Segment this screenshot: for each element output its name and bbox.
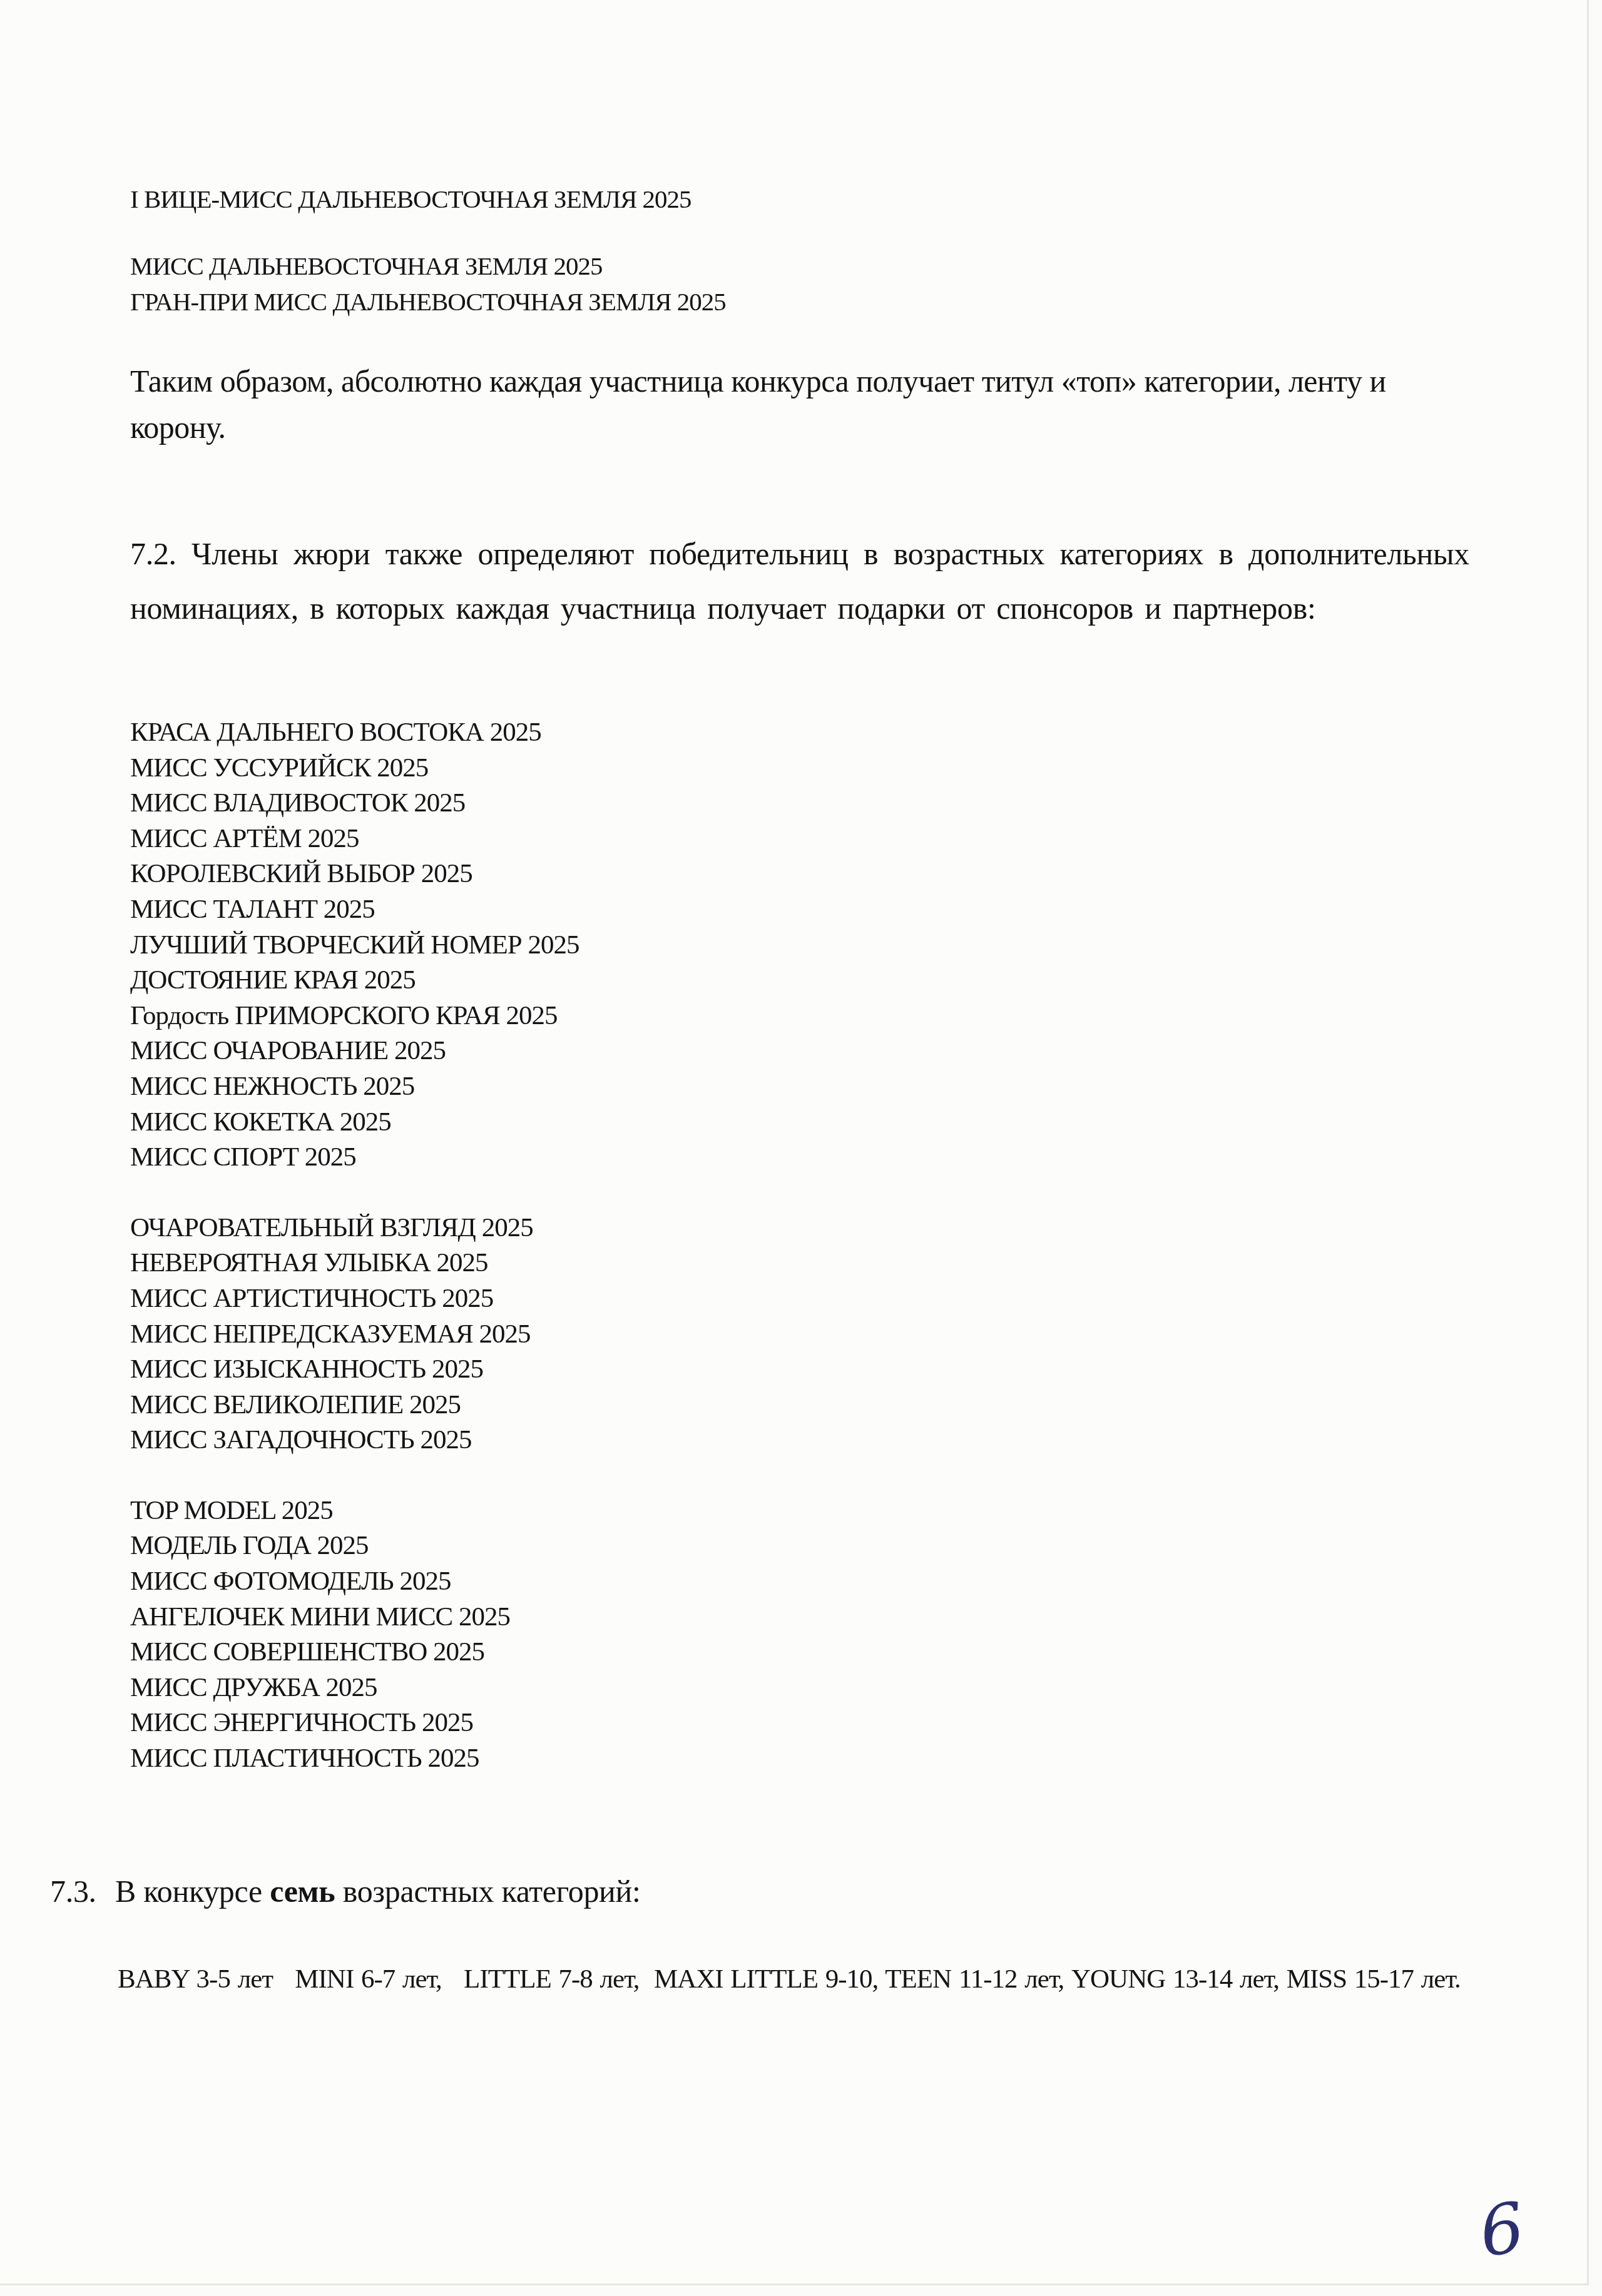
nomination-item: МИСС ЭНЕРГИЧНОСТЬ 2025 [130,1705,579,1741]
nomination-item: АНГЕЛОЧЕК МИНИ МИСС 2025 [130,1600,579,1635]
nomination-item: МИСС ВЕЛИКОЛЕПИЕ 2025 [130,1388,579,1423]
nominations-group-3: TOP MODEL 2025МОДЕЛЬ ГОДА 2025МИСС ФОТОМ… [130,1493,579,1777]
nomination-item: МИСС ВЛАДИВОСТОК 2025 [130,786,579,821]
handwritten-page-number: 6 [1474,2187,1529,2272]
nomination-item: КРАСА ДАЛЬНЕГО ВОСТОКА 2025 [130,715,579,751]
nomination-item: ЛУЧШИЙ ТВОРЧЕСКИЙ НОМЕР 2025 [130,928,579,963]
nomination-item: МИСС ЗАГАДОЧНОСТЬ 2025 [130,1423,579,1458]
nomination-item: Гордость ПРИМОРСКОГО КРАЯ 2025 [130,998,579,1034]
section-number: 7.3. [50,1874,96,1909]
nomination-item: МИСС НЕПРЕДСКАЗУЕМАЯ 2025 [130,1317,579,1353]
nomination-item: МИСС ТАЛАНТ 2025 [130,892,579,928]
nomination-item: ОЧАРОВАТЕЛЬНЫЙ ВЗГЛЯД 2025 [130,1211,579,1246]
nominations-group-2: ОЧАРОВАТЕЛЬНЫЙ ВЗГЛЯД 2025НЕВЕРОЯТНАЯ УЛ… [130,1211,579,1458]
title-grand-prix: ГРАН-ПРИ МИСС ДАЛЬНЕВОСТОЧНАЯ ЗЕМЛЯ 2025 [130,284,726,320]
nomination-item: МИСС АРТЁМ 2025 [130,821,579,857]
section-suffix: возрастных категорий: [343,1874,641,1909]
nomination-item: МИСС ИЗЫСКАННОСТЬ 2025 [130,1352,579,1388]
section-7-2-paragraph: 7.2. Члены жюри также определяют победит… [130,527,1469,636]
nomination-item: МОДЕЛЬ ГОДА 2025 [130,1528,579,1564]
section-prefix: В конкурсе [115,1874,262,1909]
nomination-item: TOP MODEL 2025 [130,1493,579,1529]
age-categories-text: BABY 3-5 лет MINI 6-7 лет, LITTLE 7-8 ле… [118,1958,1476,2001]
section-7-3-heading: 7.3. В конкурсе семь возрастных категори… [50,1872,641,1910]
title-vice-miss: I ВИЦЕ-МИСС ДАЛЬНЕВОСТОЧНАЯ ЗЕМЛЯ 2025 [130,181,726,217]
nomination-item: МИСС СПОРТ 2025 [130,1140,579,1176]
summary-paragraph: Таким образом, абсолютно каждая участниц… [130,358,1451,450]
nomination-item: КОРОЛЕВСКИЙ ВЫБОР 2025 [130,856,579,892]
nomination-item: МИСС ДРУЖБА 2025 [130,1670,579,1706]
title-miss: МИСС ДАЛЬНЕВОСТОЧНАЯ ЗЕМЛЯ 2025 [130,248,726,284]
nominations-list: КРАСА ДАЛЬНЕГО ВОСТОКА 2025МИСС УССУРИЙС… [130,715,579,1812]
document-page: I ВИЦЕ-МИСС ДАЛЬНЕВОСТОЧНАЯ ЗЕМЛЯ 2025 М… [0,0,1589,2285]
nomination-item: НЕВЕРОЯТНАЯ УЛЫБКА 2025 [130,1246,579,1281]
nomination-item: МИСС АРТИСТИЧНОСТЬ 2025 [130,1281,579,1317]
title-list: I ВИЦЕ-МИСС ДАЛЬНЕВОСТОЧНАЯ ЗЕМЛЯ 2025 М… [130,181,726,320]
nomination-item: МИСС ФОТОМОДЕЛЬ 2025 [130,1564,579,1600]
nominations-group-1: КРАСА ДАЛЬНЕГО ВОСТОКА 2025МИСС УССУРИЙС… [130,715,579,1176]
nomination-item: МИСС ОЧАРОВАНИЕ 2025 [130,1034,579,1069]
nomination-item: МИСС КОКЕТКА 2025 [130,1105,579,1140]
nomination-item: МИСС УССУРИЙСК 2025 [130,751,579,786]
section-bold-word: семь [270,1874,335,1909]
nomination-item: МИСС СОВЕРШЕНСТВО 2025 [130,1635,579,1670]
nomination-item: МИСС НЕЖНОСТЬ 2025 [130,1069,579,1105]
nomination-item: МИСС ПЛАСТИЧНОСТЬ 2025 [130,1741,579,1777]
nomination-item: ДОСТОЯНИЕ КРАЯ 2025 [130,963,579,998]
